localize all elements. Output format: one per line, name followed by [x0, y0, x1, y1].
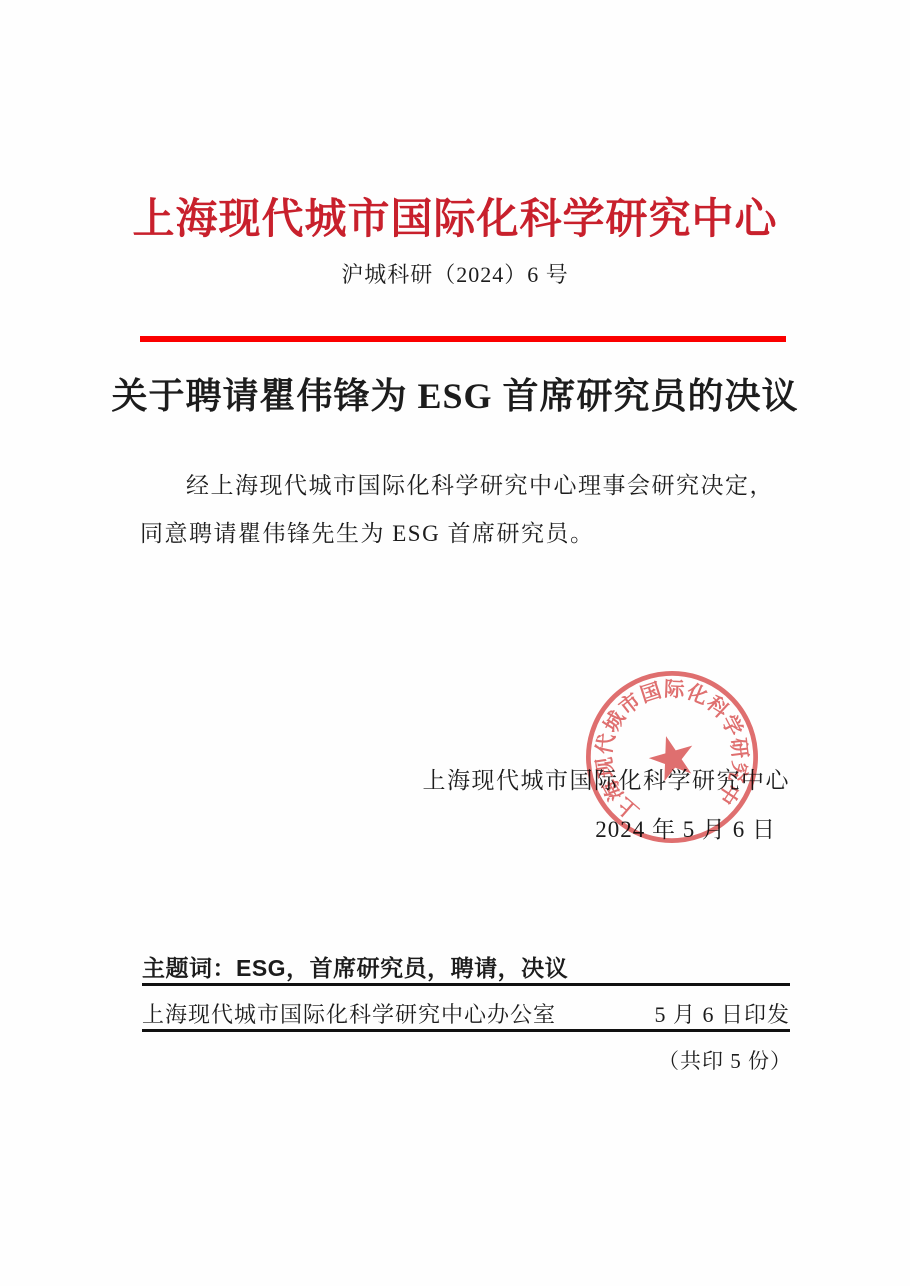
official-seal-stamp: 上海现代城市国际化科学研究中心 ★	[571, 656, 774, 859]
document-page: 上海现代城市国际化科学研究中心 沪城科研（2024）6 号 关于聘请瞿伟锋为 E…	[0, 0, 910, 1286]
footer-divider-top	[142, 983, 790, 986]
footer-print-date: 5 月 6 日印发	[654, 998, 790, 1029]
doc-number: 沪城科研（2024）6 号	[0, 258, 910, 289]
footer-keywords: 主题词：ESG，首席研究员，聘请，决议	[142, 950, 568, 983]
footer-divider-bottom	[142, 1029, 790, 1032]
footer-office-name: 上海现代城市国际化科学研究中心办公室	[142, 998, 556, 1029]
seal-star-icon: ★	[638, 720, 707, 797]
footer-office-row: 上海现代城市国际化科学研究中心办公室 5 月 6 日印发	[142, 998, 790, 1029]
org-title: 上海现代城市国际化科学研究中心	[0, 186, 910, 246]
red-divider-rule	[140, 336, 786, 342]
doc-title: 关于聘请瞿伟锋为 ESG 首席研究员的决议	[0, 368, 910, 419]
body-line: 同意聘请瞿伟锋先生为 ESG 首席研究员。	[140, 510, 792, 558]
footer-copies-count: （共印 5 份）	[658, 1045, 792, 1075]
body-line: 经上海现代城市国际化科学研究中心理事会研究决定，	[140, 462, 792, 510]
body-paragraph: 经上海现代城市国际化科学研究中心理事会研究决定， 同意聘请瞿伟锋先生为 ESG …	[140, 462, 792, 558]
